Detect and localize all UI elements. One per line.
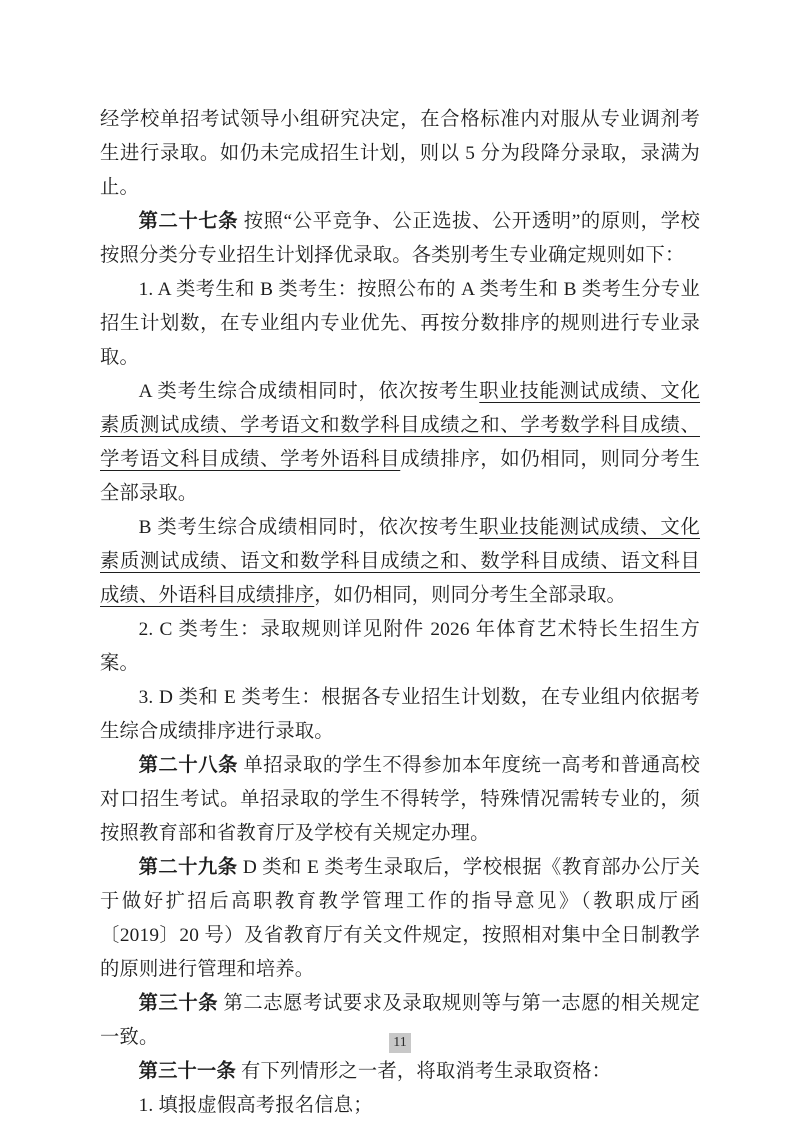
document-body: 经学校单招考试领导小组研究决定，在合格标准内对服从专业调剂考生进行录取。如仍未完… [100,103,700,1123]
article-heading: 第三十一条 [139,1061,236,1082]
page-number: 11 [389,1033,410,1053]
article-heading: 第二十九条 [139,857,238,878]
paragraph: 2. C 类考生：录取规则详见附件 2026 年体育艺术特长生招生方案。 [100,613,700,681]
article-heading: 第二十八条 [139,755,238,776]
text-run: A 类考生综合成绩相同时，依次按考生 [139,381,480,402]
text-run: 有下列情形之一者，将取消考生录取资格： [236,1061,611,1082]
text-run: 1. 填报虚假高考报名信息； [139,1095,373,1116]
paragraph: 第三十一条 有下列情形之一者，将取消考生录取资格： [100,1055,700,1089]
paragraph: 1. A 类考生和 B 类考生：按照公布的 A 类考生和 B 类考生分专业招生计… [100,273,700,375]
text-run: B 类考生综合成绩相同时，依次按考生 [139,517,480,538]
article-heading: 第三十条 [139,993,218,1014]
paragraph: 第二十八条 单招录取的学生不得参加本年度统一高考和普通高校对口招生考试。单招录取… [100,749,700,851]
paragraph: 3. D 类和 E 类考生：根据各专业招生计划数，在专业组内依据考生综合成绩排序… [100,681,700,749]
article-heading: 第二十七条 [139,211,239,232]
paragraph: 第二十九条 D 类和 E 类考生录取后，学校根据《教育部办公厅关于做好扩招后高职… [100,851,700,987]
text-run: 2. C 类考生：录取规则详见附件 2026 年体育艺术特长生招生方案。 [100,619,700,674]
text-run: 1. A 类考生和 B 类考生：按照公布的 A 类考生和 B 类考生分专业招生计… [100,279,700,368]
text-run: 经学校单招考试领导小组研究决定，在合格标准内对服从专业调剂考生进行录取。如仍未完… [100,109,700,198]
paragraph: 第二十七条 按照“公平竞争、公正选拔、公开透明”的原则，学校按照分类分专业招生计… [100,205,700,273]
paragraph: 经学校单招考试领导小组研究决定，在合格标准内对服从专业调剂考生进行录取。如仍未完… [100,103,700,205]
page-footer: 11 [0,1033,800,1053]
paragraph: A 类考生综合成绩相同时，依次按考生职业技能测试成绩、文化素质测试成绩、学考语文… [100,375,700,511]
paragraph: B 类考生综合成绩相同时，依次按考生职业技能测试成绩、文化素质测试成绩、语文和数… [100,511,700,613]
text-run: ，如仍相同，则同分考生全部录取。 [314,585,626,606]
document-page: 经学校单招考试领导小组研究决定，在合格标准内对服从专业调剂考生进行录取。如仍未完… [0,0,800,1131]
text-run: 3. D 类和 E 类考生：根据各专业招生计划数，在专业组内依据考生综合成绩排序… [100,687,700,742]
paragraph: 1. 填报虚假高考报名信息； [100,1089,700,1123]
